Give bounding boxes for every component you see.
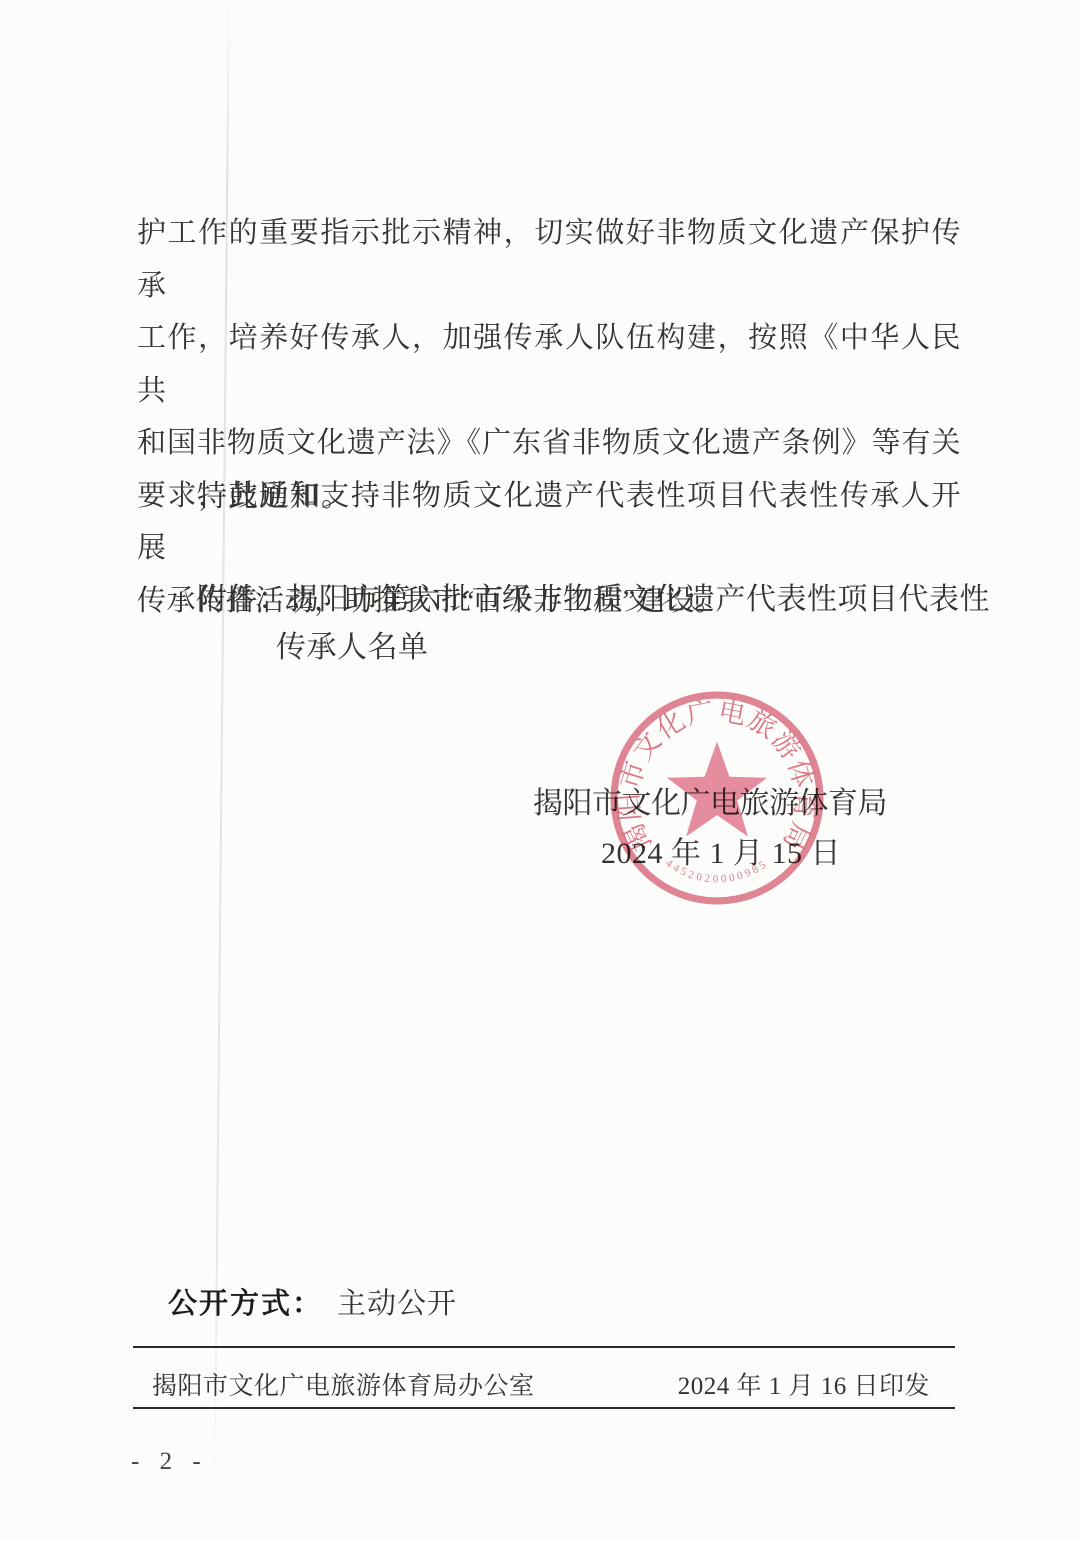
closing-line: 特此通知。	[197, 471, 352, 515]
footer-divider-bottom	[133, 1407, 955, 1409]
body-paragraph: 护工作的重要指示批示精神，切实做好非物质文化遗产保护传承 工作，培养好传承人，加…	[137, 207, 961, 627]
body-line: 工作，培养好传承人，加强传承人队伍构建，按照《中华人民共	[137, 312, 961, 417]
scanned-notice-page: 护工作的重要指示批示精神，切实做好非物质文化遗产保护传承 工作，培养好传承人，加…	[0, 0, 1080, 1541]
issuing-authority: 揭阳市文化广电旅游体育局	[533, 778, 887, 822]
footer-divider-top	[133, 1346, 955, 1348]
attachment-line-2: 传承人名单	[276, 622, 429, 666]
disclosure-value: 主动公开	[337, 1288, 457, 1320]
imprint-row: 揭阳市文化广电旅游体育局办公室 2024 年 1 月 16 日印发	[152, 1366, 930, 1402]
body-line: 和国非物质文化遗产法》《广东省非物质文化遗产条例》等有关	[137, 417, 961, 470]
print-date: 2024 年 1 月 16 日印发	[678, 1366, 930, 1402]
attachment-line-1: 附件：揭阳市第六批市级非物质文化遗产代表性项目代表性	[197, 574, 990, 618]
disclosure-row: 公开方式：主动公开	[168, 1281, 457, 1322]
body-line: 护工作的重要指示批示精神，切实做好非物质文化遗产保护传承	[137, 207, 961, 312]
issue-date: 2024 年 1 月 15 日	[601, 828, 841, 872]
issuing-office: 揭阳市文化广电旅游体育局办公室	[152, 1366, 535, 1402]
page-number: - 2 -	[131, 1448, 208, 1476]
disclosure-label: 公开方式：	[168, 1288, 323, 1320]
